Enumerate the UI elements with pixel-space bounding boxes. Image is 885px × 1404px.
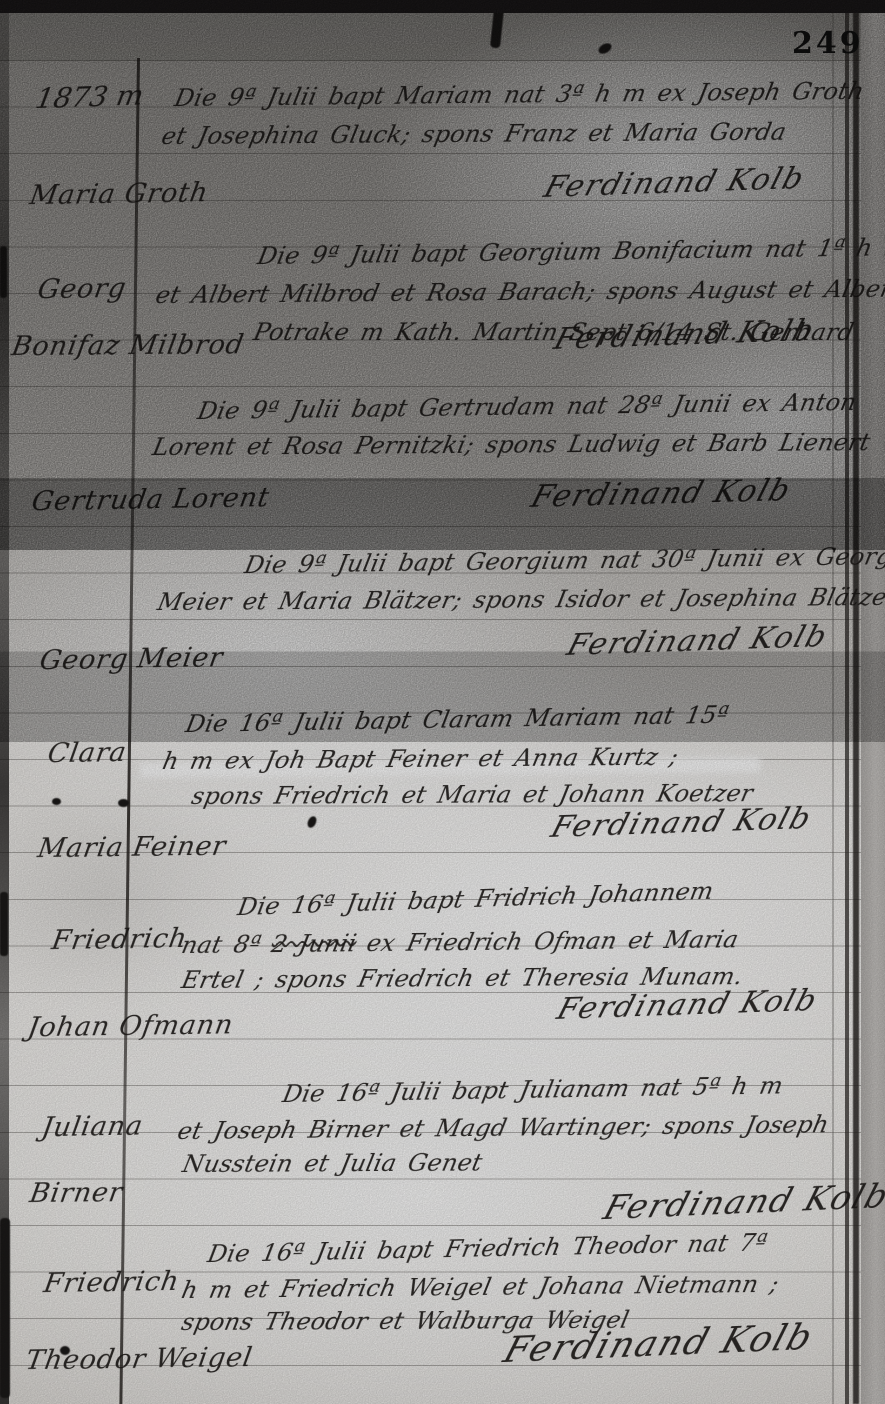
ink-blot: [118, 799, 129, 807]
ink-blot: [52, 798, 61, 805]
margin-name: Gertruda Lorent: [30, 482, 272, 517]
margin-name: Friedrich: [50, 923, 190, 956]
entry-body-line: nat 8ª2 Juniiex Friedrich Ofman et Maria: [179, 925, 741, 959]
entry-body-line: Meier et Maria Blätzer; spons Isidor et …: [155, 583, 885, 616]
margin-name: Friedrich: [42, 1266, 182, 1299]
ink-blot: [0, 246, 7, 298]
ink-blot: [0, 1218, 10, 1398]
margin-name: Georg: [36, 272, 129, 305]
ink-blot: [0, 892, 8, 956]
scanned-register-page: 249 1873 m Die 9ª Julii bapt Mariam nat …: [0, 0, 885, 1404]
entry-body-line: Nusstein et Julia Genet: [180, 1148, 485, 1178]
margin-name: Maria Feiner: [35, 830, 228, 864]
entry-body-segment: ex Friedrich Ofman et Maria: [364, 925, 741, 957]
top-shade: [0, 13, 885, 61]
margin-name: Maria Groth: [28, 177, 211, 211]
entry-body-line: Lorent et Rosa Pernitzki; spons Ludwig e…: [150, 428, 873, 461]
margin-name: Theodor Weigel: [23, 1342, 254, 1376]
margin-name: Johan Ofmann: [25, 1009, 235, 1043]
binding-shadow: [0, 0, 9, 1404]
priest-signature: Ferdinand Kolb: [527, 473, 796, 515]
margin-name: Birner: [27, 1177, 125, 1209]
struck-text: 2 Junii: [269, 929, 359, 958]
entry-body-line: et Josephina Gluck; spons Franz et Maria…: [159, 118, 789, 150]
year-label: 1873 m: [33, 78, 146, 115]
entry-body-segment: nat 8ª: [179, 930, 264, 959]
margin-name: Clara: [46, 737, 130, 769]
margin-name: Bonifaz Milbrod: [9, 329, 246, 362]
scan-top-border: [0, 0, 885, 13]
entry-body-line: h m ex Joh Bapt Feiner et Anna Kurtz ;: [160, 743, 681, 775]
margin-name: Juliana: [40, 1110, 146, 1143]
margin-name: Georg Meier: [38, 642, 226, 676]
page-number: 249: [792, 26, 864, 61]
